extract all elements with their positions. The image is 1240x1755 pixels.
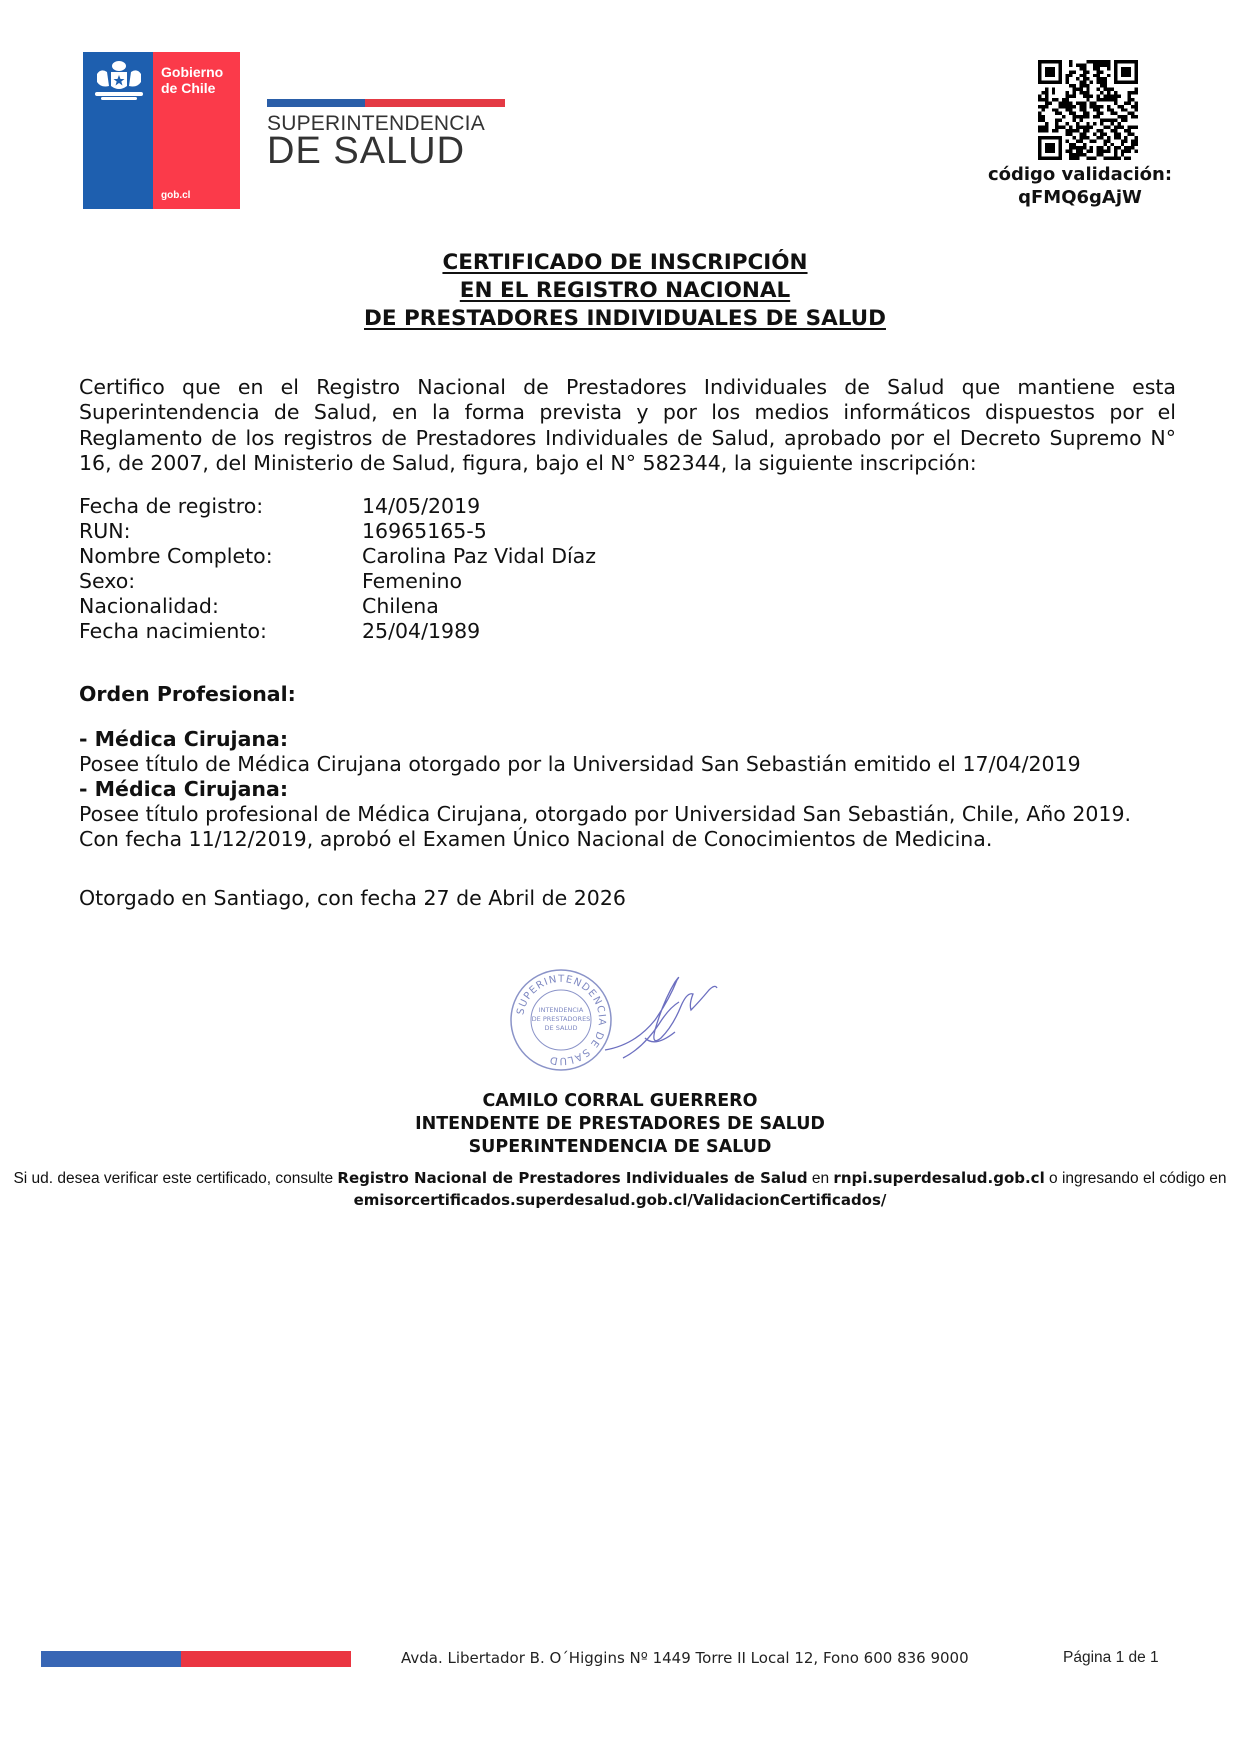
gobierno-name: Gobierno de Chile	[161, 64, 223, 96]
logo-line-2: DE SALUD	[267, 134, 505, 168]
coat-of-arms-icon	[91, 60, 147, 102]
svg-text:DE SALUD: DE SALUD	[545, 1024, 578, 1032]
gob-url: gob.cl	[161, 190, 190, 201]
orden-profesional-list: - Médica Cirujana: Posee título de Médic…	[79, 727, 1131, 852]
logo-color-bar	[267, 99, 505, 107]
signature-icon	[605, 977, 717, 1058]
validation-url-link[interactable]: emisorcertificados.superdesalud.gob.cl/V…	[354, 1191, 887, 1209]
signer-name: CAMILO CORRAL GUERRERO	[0, 1090, 1240, 1113]
order-title: - Médica Cirujana:	[79, 727, 1131, 752]
certificate-title: CERTIFICADO DE INSCRIPCIÓN EN EL REGISTR…	[0, 249, 1240, 333]
order-detail: Con fecha 11/12/2019, aprobó el Examen Ú…	[79, 827, 1131, 852]
field-row: Nombre Completo:Carolina Paz Vidal Díaz	[79, 544, 596, 569]
logo-red-panel: Gobierno de Chile gob.cl	[153, 52, 240, 209]
qr-code-icon	[1038, 60, 1138, 160]
validation-code: qFMQ6gAjW	[960, 186, 1200, 209]
field-row: Nacionalidad:Chilena	[79, 594, 596, 619]
rnpi-link[interactable]: rnpi.superdesalud.gob.cl	[833, 1169, 1044, 1187]
official-seal-and-signature: SUPERINTENDENCIA DE SALUD INTENDENCIA DE…	[505, 968, 745, 1078]
gobierno-de-chile-logo: Gobierno de Chile gob.cl	[83, 52, 240, 209]
signer-block: CAMILO CORRAL GUERRERO INTENDENTE DE PRE…	[0, 1090, 1240, 1159]
svg-text:INTENDENCIA: INTENDENCIA	[539, 1006, 584, 1014]
orden-profesional-heading: Orden Profesional:	[79, 682, 296, 706]
verification-note: Si ud. desea verificar este certificado,…	[0, 1168, 1240, 1211]
field-row: Sexo:Femenino	[79, 569, 596, 594]
signer-institution: SUPERINTENDENCIA DE SALUD	[0, 1136, 1240, 1159]
field-row: Fecha nacimiento:25/04/1989	[79, 619, 596, 644]
svg-text:DE PRESTADORES: DE PRESTADORES	[532, 1015, 591, 1023]
page-number: Página 1 de 1	[1063, 1649, 1159, 1667]
registry-name: Registro Nacional de Prestadores Individ…	[337, 1169, 807, 1187]
order-title: - Médica Cirujana:	[79, 777, 1131, 802]
footer-address: Avda. Libertador B. O´Higgins Nº 1449 To…	[401, 1649, 969, 1667]
footer-color-bar	[41, 1651, 351, 1667]
superintendencia-de-salud-logo: SUPERINTENDENCIA DE SALUD	[267, 99, 505, 168]
intro-paragraph: Certifico que en el Registro Nacional de…	[79, 375, 1176, 476]
validation-label: código validación:	[960, 163, 1200, 186]
field-row: Fecha de registro:14/05/2019	[79, 494, 596, 519]
issued-statement: Otorgado en Santiago, con fecha 27 de Ab…	[79, 886, 626, 910]
validation-code-block: código validación: qFMQ6gAjW	[960, 163, 1200, 209]
order-detail: Posee título profesional de Médica Ciruj…	[79, 802, 1131, 827]
logo-blue-panel	[83, 52, 153, 209]
order-detail: Posee título de Médica Cirujana otorgado…	[79, 752, 1131, 777]
signer-position: INTENDENTE DE PRESTADORES DE SALUD	[0, 1113, 1240, 1136]
registration-fields: Fecha de registro:14/05/2019 RUN:1696516…	[79, 494, 596, 644]
field-row: RUN:16965165-5	[79, 519, 596, 544]
